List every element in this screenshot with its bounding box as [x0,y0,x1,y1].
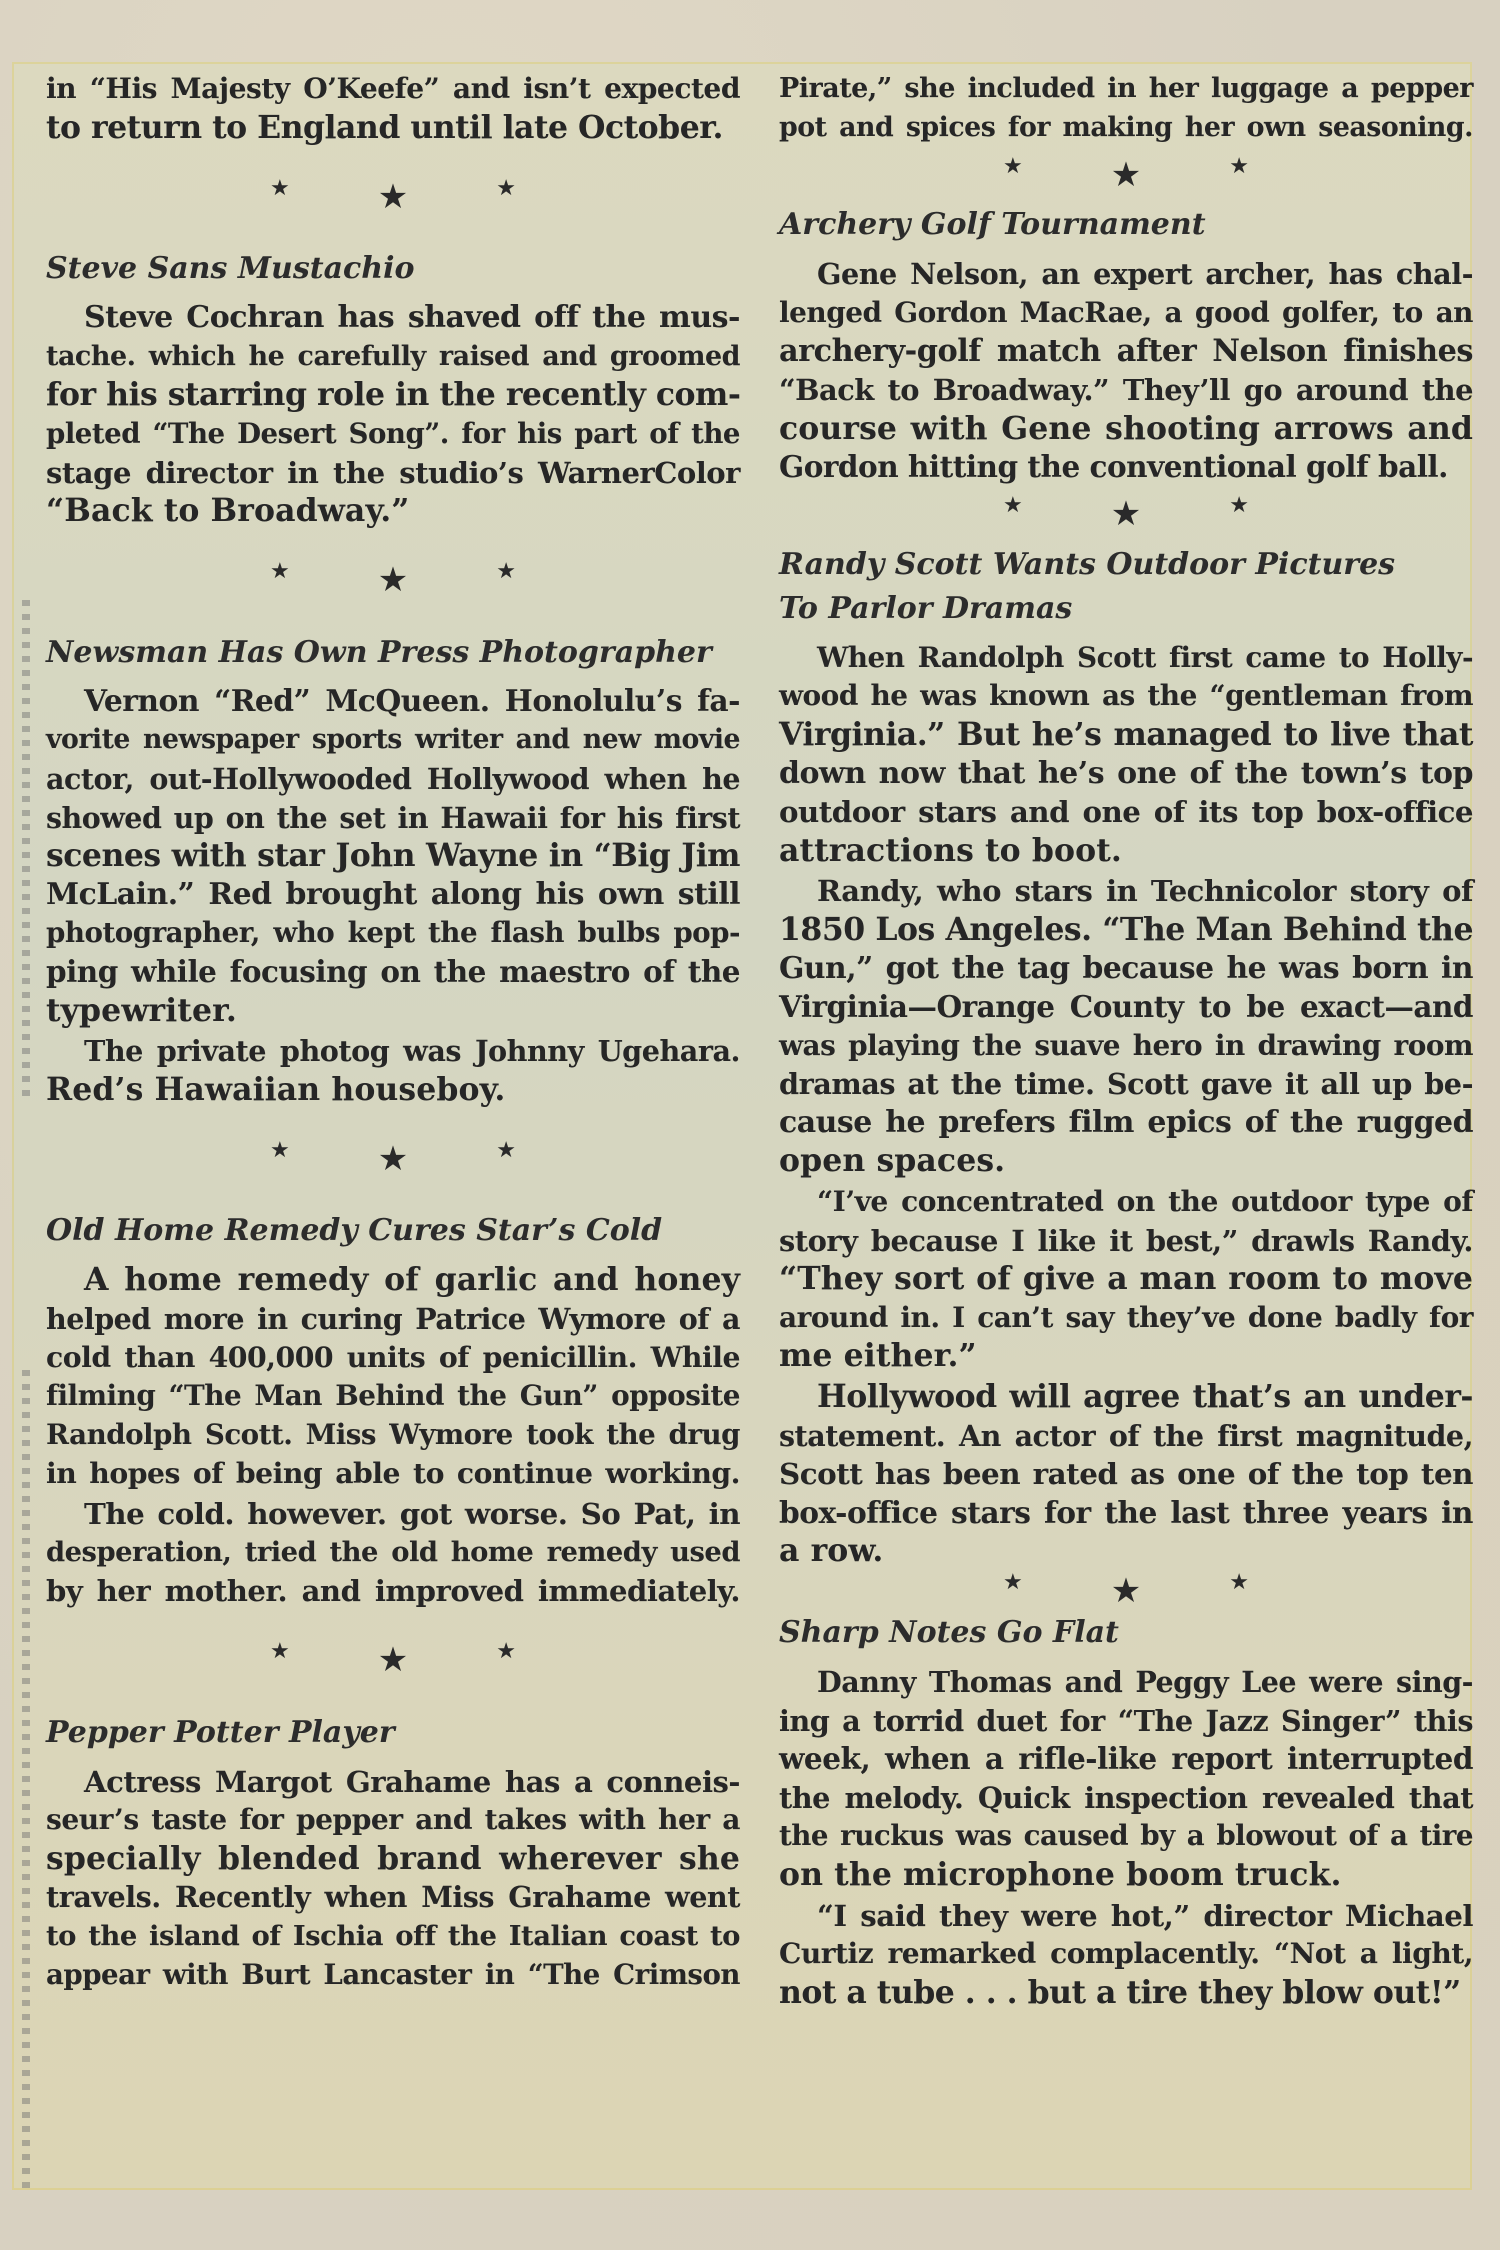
text-line: vorite newspaper sports writer and new m… [46,721,740,760]
article-headline: Randy Scott Wants Outdoor Pictures [779,543,1473,587]
star-icon: ★ [1111,1572,1141,1611]
article-headline: Old Home Remedy Cures Star’s Cold [46,1209,740,1253]
article-steve-sans-mustachio: Steve Sans Mustachio Steve Cochran has s… [46,247,740,531]
text-line: A home remedy of garlic and honey [46,1261,740,1300]
star-icon: ★ [496,553,516,592]
text-line: photographer, who kept the flash bulbs p… [46,914,740,953]
star-icon: ★ [1003,487,1023,526]
text-line: “Back to Broadway.” [46,492,740,531]
article-randy-scott-outdoor-pictures: Randy Scott Wants Outdoor Pictures To Pa… [779,543,1473,1571]
text-line: not a tube . . . but a tire they blow ou… [779,1974,1473,2013]
star-icon: ★ [1111,495,1141,534]
section-separator: ★ ★ ★ [46,1139,740,1179]
text-line: The private photog was Johnny Ugehara. [46,1032,740,1071]
article-archery-golf-tournament: Archery Golf Tournament Gene Nelson, an … [779,203,1473,487]
text-line: a row. [779,1532,1473,1571]
star-icon: ★ [1229,487,1249,526]
text-line: Randolph Scott. Miss Wymore took the dru… [46,1416,740,1455]
text-line: for his starring role in the recently co… [46,376,740,415]
text-line: dramas at the time. Scott gave it all up… [779,1065,1473,1104]
star-icon: ★ [1229,148,1249,187]
section-separator: ★ ★ ★ [779,495,1473,535]
text-line: stage director in the studio’s WarnerCol… [46,454,740,493]
article-headline: Steve Sans Mustachio [46,247,740,291]
text-line: open spaces. [779,1142,1473,1181]
text-line: desperation, tried the old home remedy u… [46,1533,740,1572]
text-line: week, when a rifle-like report interrupt… [779,1740,1473,1779]
right-column: Pirate,” she included in her luggage a p… [779,70,1473,2012]
star-icon: ★ [496,1633,516,1672]
text-line: When Randolph Scott first came to Holly- [779,639,1473,678]
article-paragraph: When Randolph Scott first came to Holly-… [779,639,1473,871]
text-line: scenes with star John Wayne in “Big Jim [46,837,740,876]
text-line: specially blended brand wherever she [46,1840,740,1879]
star-icon: ★ [270,553,290,592]
text-line: Steve Cochran has shaved off the mus- [46,299,740,338]
text-line: in hopes of being able to continue worki… [46,1454,740,1493]
star-icon: ★ [496,170,516,209]
star-icon: ★ [270,1132,290,1171]
text-line: down now that he’s one of the town’s top [779,755,1473,794]
text-line: lenged Gordon MacRae, a good golfer, to … [779,294,1473,333]
text-line: to the island of Ischia off the Italian … [46,1917,740,1956]
section-separator: ★ ★ ★ [779,1571,1473,1611]
text-line: wood he was known as the “gentleman from [779,677,1473,716]
text-line: Randy, who stars in Technicolor story of [779,872,1473,911]
section-separator: ★ ★ ★ [46,561,740,601]
text-line: pleted “The Desert Song”. for his part o… [46,415,740,454]
text-line: by her mother. and improved immediately. [46,1572,740,1611]
continued-text: in “His Majesty O’Keefe” and isn’t expec… [46,70,740,147]
star-icon: ★ [378,561,408,600]
article-old-home-remedy: Old Home Remedy Cures Star’s Cold A home… [46,1209,740,1610]
text-line: the melody. Quick inspection revealed th… [779,1779,1473,1818]
article-newsman-press-photographer: Newsman Has Own Press Photographer Verno… [46,631,740,1110]
text-line: Vernon “Red” McQueen. Honolulu’s fa- [46,683,740,722]
section-separator: ★ ★ ★ [779,155,1473,195]
text-line: Curtiz remarked complacently. “Not a lig… [779,1935,1473,1974]
text-line: “I said they were hot,” director Michael [779,1897,1473,1936]
text-line: course with Gene shooting arrows and [779,410,1473,449]
article-paragraph: The cold. however. got worse. So Pat, in… [46,1495,740,1611]
text-line: The cold. however. got worse. So Pat, in [46,1495,740,1534]
article-sharp-notes-go-flat: Sharp Notes Go Flat Danny Thomas and Peg… [779,1611,1473,2012]
text-line: Pirate,” she included in her luggage a p… [779,70,1473,109]
article-paragraph: Vernon “Red” McQueen. Honolulu’s fa- vor… [46,683,740,1030]
text-line: archery-golf match after Nelson finishes [779,332,1473,371]
star-icon: ★ [1003,148,1023,187]
text-line: Scott has been rated as one of the top t… [779,1455,1473,1494]
article-paragraph: Hollywood will agree that’s an under- st… [779,1378,1473,1571]
text-line: Hollywood will agree that’s an under- [779,1378,1473,1417]
article-paragraph: Steve Cochran has shaved off the mus- ta… [46,299,740,531]
text-line: showed up on the set in Hawaii for his f… [46,799,740,838]
article-paragraph: Danny Thomas and Peggy Lee were sing- in… [779,1663,1473,1895]
text-line: ping while focusing on the maestro of th… [46,953,740,992]
article-paragraph: Actress Margot Grahame has a conneis- se… [46,1763,740,1995]
text-line: McLain.” Red brought along his own still [46,876,740,915]
text-line: appear with Burt Lancaster in “The Crims… [46,1956,740,1995]
text-line: story because I like it best,” drawls Ra… [779,1222,1473,1261]
text-line: box-office stars for the last three year… [779,1494,1473,1533]
article-headline-line-2: To Parlor Dramas [779,587,1473,631]
text-line: cold than 400,000 units of penicillin. W… [46,1338,740,1377]
text-line: tache. which he carefully raised and gro… [46,338,740,377]
article-headline: Newsman Has Own Press Photographer [46,631,740,675]
binding-perforation [22,1370,30,2190]
text-line: filming “The Man Behind the Gun” opposit… [46,1377,740,1416]
text-line: “They sort of give a man room to move [779,1260,1473,1299]
article-paragraph: A home remedy of garlic and honey helped… [46,1261,740,1493]
star-icon: ★ [378,1140,408,1179]
section-separator: ★ ★ ★ [46,1641,740,1681]
text-line: cause he prefers film epics of the rugge… [779,1104,1473,1143]
continued-text: Pirate,” she included in her luggage a p… [779,70,1473,147]
text-line: Actress Margot Grahame has a conneis- [46,1763,740,1802]
text-line: Gun,” got the tag because he was born in [779,950,1473,989]
text-line: on the microphone boom truck. [779,1856,1473,1895]
text-line: 1850 Los Angeles. “The Man Behind the [779,911,1473,950]
section-separator: ★ ★ ★ [46,177,740,217]
text-line: Gene Nelson, an expert archer, has chal- [779,255,1473,294]
text-line: Virginia—Orange County to be exact—and [779,988,1473,1027]
text-line: typewriter. [46,992,740,1031]
star-icon: ★ [378,1641,408,1680]
text-line: the ruckus was caused by a blowout of a … [779,1817,1473,1856]
text-line: actor, out-Hollywooded Hollywood when he [46,760,740,799]
star-icon: ★ [1003,1564,1023,1603]
text-line: Gordon hitting the conventional golf bal… [779,448,1473,487]
star-icon: ★ [378,178,408,217]
text-line: Virginia.” But he’s managed to live that [779,716,1473,755]
text-line: “Back to Broadway.” They’ll go around th… [779,371,1473,410]
text-line: ing a torrid duet for “The Jazz Singer” … [779,1702,1473,1741]
text-line: to return to England until late October. [46,109,740,148]
text-line: helped more in curing Patrice Wymore of … [46,1300,740,1339]
text-line: me either.” [779,1337,1473,1376]
text-line: “I’ve concentrated on the outdoor type o… [779,1183,1473,1222]
binding-perforation [22,600,30,1100]
text-line: pot and spices for making her own season… [779,109,1473,148]
article-headline: Pepper Potter Player [46,1711,740,1755]
star-icon: ★ [496,1132,516,1171]
text-line: travels. Recently when Miss Grahame went [46,1878,740,1917]
text-line: around in. I can’t say they’ve done badl… [779,1299,1473,1338]
star-icon: ★ [270,1633,290,1672]
star-icon: ★ [270,170,290,209]
article-paragraph: “I said they were hot,” director Michael… [779,1897,1473,2013]
article-pepper-potter-player: Pepper Potter Player Actress Margot Grah… [46,1711,740,1995]
article-headline: Sharp Notes Go Flat [779,1611,1473,1655]
star-icon: ★ [1111,156,1141,195]
text-line: in “His Majesty O’Keefe” and isn’t expec… [46,70,740,109]
article-headline: Archery Golf Tournament [779,203,1473,247]
text-line: statement. An actor of the first magnitu… [779,1417,1473,1456]
text-line: was playing the suave hero in drawing ro… [779,1027,1473,1066]
text-line: Red’s Hawaiian houseboy. [46,1071,740,1110]
text-line: Danny Thomas and Peggy Lee were sing- [779,1663,1473,1702]
article-paragraph: “I’ve concentrated on the outdoor type o… [779,1183,1473,1376]
article-paragraph: Gene Nelson, an expert archer, has chal-… [779,255,1473,487]
text-line: attractions to boot. [779,832,1473,871]
text-line: outdoor stars and one of its top box-off… [779,793,1473,832]
article-paragraph: Randy, who stars in Technicolor story of… [779,872,1473,1181]
star-icon: ★ [1229,1564,1249,1603]
text-line: seur’s taste for pepper and takes with h… [46,1801,740,1840]
article-paragraph: The private photog was Johnny Ugehara. R… [46,1032,740,1109]
left-column: in “His Majesty O’Keefe” and isn’t expec… [46,70,740,1994]
